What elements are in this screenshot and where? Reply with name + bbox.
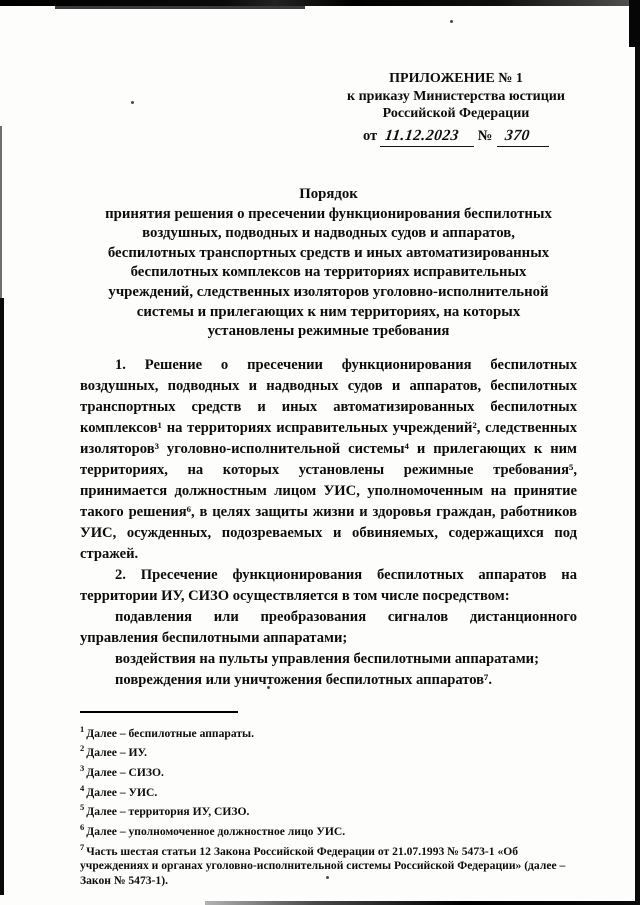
footnote-item: 3Далее – СИЗО. <box>80 761 577 781</box>
body-paragraph: повреждения или уничтожения беспилотных … <box>80 670 577 691</box>
handwritten-date: 11.12.2023 <box>384 127 460 145</box>
appendix-label: ПРИЛОЖЕНИЕ № 1 <box>335 70 577 88</box>
number-prefix: № <box>478 128 493 144</box>
footnote-text: Далее – УИС. <box>86 786 157 799</box>
footnote-separator <box>80 711 238 713</box>
footnotes-block: 1Далее – беспилотные аппараты. 2Далее – … <box>80 722 577 889</box>
footnote-text: Часть шестая статьи 12 Закона Российской… <box>80 845 565 888</box>
body-paragraph: 2. Пресечение функционирования беспилотн… <box>80 565 577 607</box>
scan-artifact-left-strip <box>0 298 4 895</box>
date-underline: 11.12.2023 <box>380 127 474 148</box>
body-paragraph: 1. Решение о пресечении функционирования… <box>80 355 577 565</box>
scan-artifact-top-right-patch <box>629 0 640 47</box>
footnote-marker: 5 <box>80 802 84 812</box>
scan-artifact-left-line <box>0 126 2 300</box>
footnote-marker: 2 <box>80 743 84 753</box>
scan-artifact-bottom-bar <box>205 901 635 905</box>
footnote-item: 7Часть шестая статьи 12 Закона Российско… <box>80 840 577 889</box>
footnote-item: 1Далее – беспилотные аппараты. <box>80 722 577 742</box>
footnote-text: Далее – уполномоченное должностное лицо … <box>86 825 345 838</box>
footnote-text: Далее – территория ИУ, СИЗО. <box>86 805 249 818</box>
scan-artifact-right-strip <box>635 0 640 905</box>
footnote-marker: 7 <box>80 842 84 852</box>
body-paragraph: подавления или преобразования сигналов д… <box>80 607 577 649</box>
scan-speck <box>450 20 453 23</box>
footnote-marker: 4 <box>80 783 84 793</box>
date-prefix: от <box>363 128 377 144</box>
date-number-line: от11.12.2023 №370 <box>335 127 577 148</box>
order-line-1: к приказу Министерства юстиции <box>335 88 577 106</box>
scan-artifact-top-bar-secondary <box>55 6 305 9</box>
header-block: ПРИЛОЖЕНИЕ № 1 к приказу Министерства юс… <box>335 70 577 147</box>
document-body: 1. Решение о пресечении функционирования… <box>80 355 577 691</box>
footnote-item: 5Далее – территория ИУ, СИЗО. <box>80 800 577 820</box>
scanned-document-page: ПРИЛОЖЕНИЕ № 1 к приказу Министерства юс… <box>0 0 640 905</box>
footnote-text: Далее – СИЗО. <box>86 766 164 779</box>
number-underline: 370 <box>497 127 549 148</box>
footnote-text: Далее – ИУ. <box>86 746 147 759</box>
body-paragraph: воздействия на пульты управления беспило… <box>80 649 577 670</box>
footnote-item: 6Далее – уполномоченное должностное лицо… <box>80 820 577 840</box>
document-content: ПРИЛОЖЕНИЕ № 1 к приказу Министерства юс… <box>80 70 577 889</box>
footnote-item: 4Далее – УИС. <box>80 781 577 801</box>
footnote-marker: 6 <box>80 822 84 832</box>
footnote-item: 2Далее – ИУ. <box>80 741 577 761</box>
order-line-2: Российской Федерации <box>335 105 577 123</box>
footnote-marker: 1 <box>80 724 84 734</box>
footnote-marker: 3 <box>80 763 84 773</box>
footnote-text: Далее – беспилотные аппараты. <box>86 727 254 740</box>
document-title: Порядок принятия решения о пресечении фу… <box>80 185 577 342</box>
handwritten-number: 370 <box>504 127 531 145</box>
